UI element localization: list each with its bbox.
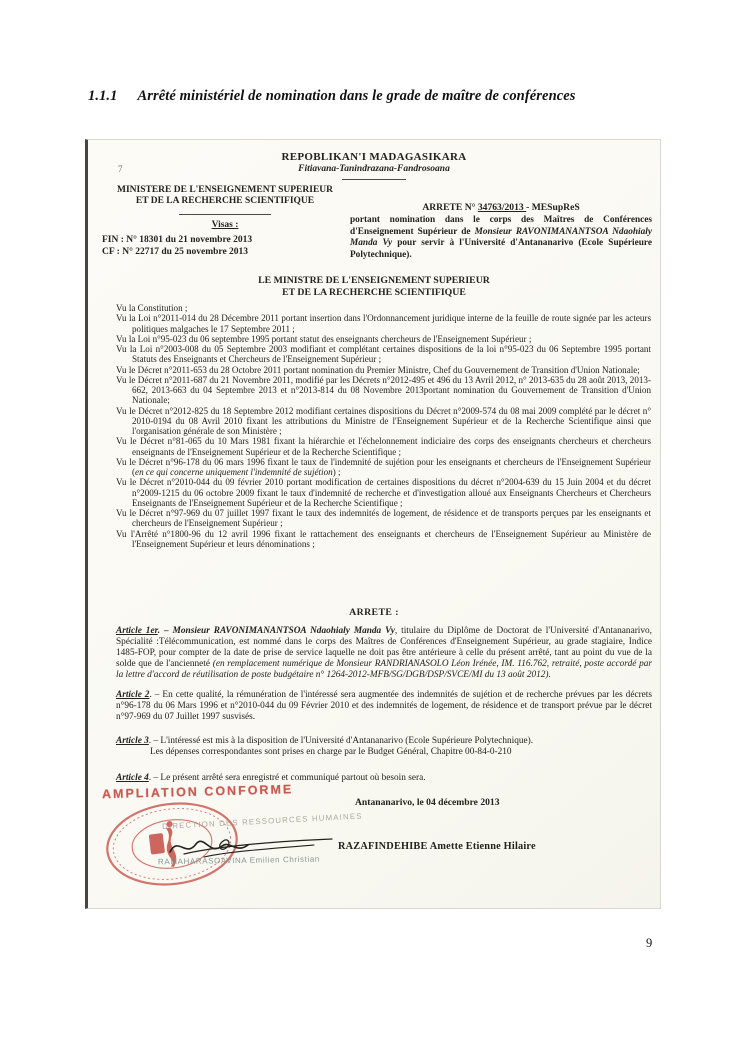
- visa-item: Vu le Décret n°2011-653 du 28 Octobre 20…: [116, 365, 651, 375]
- visa-item: Vu l'Arrêté n°1800-96 du 12 avril 1996 f…: [116, 529, 651, 550]
- arrete-label: ARRETE :: [88, 607, 660, 618]
- article-3-line2: Les dépenses correspondantes sont prises…: [116, 747, 652, 758]
- visa-cf: CF : N° 22717 du 25 novembre 2013: [96, 246, 354, 258]
- minister-title-line2: ET DE LA RECHERCHE SCIENTIFIQUE: [88, 287, 660, 299]
- visa-item: Vu la Loi n°95-023 du 06 septembre 1995 …: [116, 334, 651, 344]
- article-4: Article 4. – Le présent arrêté sera enre…: [116, 773, 652, 784]
- visa-item: Vu le Décret n°97-969 du 07 juillet 1997…: [116, 508, 651, 529]
- minister-title: LE MINISTRE DE L'ENSEIGNEMENT SUPERIEUR …: [88, 275, 660, 299]
- ministry-line1: MINISTERE DE L'ENSEIGNEMENT SUPERIEUR: [96, 185, 354, 196]
- ministry-line2: ET DE LA RECHERCHE SCIENTIFIQUE: [96, 196, 354, 207]
- page-number: 9: [646, 936, 652, 951]
- visas-label: Visas :: [96, 220, 354, 230]
- articles-block: Article 1er. – Monsieur RAVONIMANANTSOA …: [116, 626, 652, 784]
- visa-item: Vu le Décret n°81-065 du 10 Mars 1981 fi…: [116, 436, 651, 457]
- arrete-subject: portant nomination dans le corps des Maî…: [350, 215, 652, 261]
- stamp-signatory-name: RAMAHARASOAVINA Emilien Christian: [158, 855, 320, 867]
- visa-considerations-list: Vu la Constitution ; Vu la Loi n°2011-01…: [116, 303, 651, 549]
- section-number: 1.1.1: [88, 88, 118, 104]
- arrete-header: ARRETE N° 34763/2013 - MESupReS portant …: [350, 202, 652, 261]
- visa-fin: FIN : N° 18301 du 21 novembre 2013: [96, 234, 354, 246]
- article-3: Article 3. – L'intéressé est mis à la di…: [116, 736, 652, 747]
- visa-item: Vu la Constitution ;: [116, 303, 651, 313]
- visa-item: Vu le Décret n°2011-687 du 21 Novembre 2…: [116, 375, 651, 406]
- article-1: Article 1er. – Monsieur RAVONIMANANTSOA …: [116, 626, 652, 681]
- visa-item: Vu le Décret n°96-178 du 06 mars 1996 fi…: [116, 457, 651, 478]
- signatory-name: RAZAFINDEHIBE Amette Etienne Hilaire: [338, 841, 536, 852]
- republic-motto: Fitiavana-Tanindrazana-Fandrosoana: [88, 164, 660, 174]
- scanned-document: 7 REPOBLIKAN'I MADAGASIKARA Fitiavana-Ta…: [85, 139, 661, 909]
- visa-item: Vu le Décret n°2012-825 du 18 Septembre …: [116, 406, 651, 437]
- visa-item: Vu le Décret n°2010-044 du 09 février 20…: [116, 477, 651, 508]
- republic-title: REPOBLIKAN'I MADAGASIKARA: [88, 151, 660, 163]
- article-2: Article 2. – En cette qualité, la rémuné…: [116, 690, 652, 723]
- republic-header: REPOBLIKAN'I MADAGASIKARA Fitiavana-Tani…: [88, 151, 660, 180]
- arrete-number: ARRETE N° 34763/2013 - MESupReS: [350, 202, 652, 213]
- divider-rule: [342, 179, 406, 180]
- section-heading: 1.1.1Arrêté ministériel de nomination da…: [88, 88, 648, 105]
- minister-title-line1: LE MINISTRE DE L'ENSEIGNEMENT SUPERIEUR: [88, 275, 660, 287]
- place-and-date: Antananarivo, le 04 décembre 2013: [355, 797, 500, 808]
- ministry-block: MINISTERE DE L'ENSEIGNEMENT SUPERIEUR ET…: [96, 185, 354, 258]
- divider-rule: [179, 214, 271, 215]
- section-title: Arrêté ministériel de nomination dans le…: [138, 88, 576, 104]
- visa-item: Vu la Loi n°2011-014 du 28 Décembre 2011…: [116, 313, 651, 334]
- visa-item: Vu la Loi n°2003-008 du 05 Septembre 200…: [116, 344, 651, 365]
